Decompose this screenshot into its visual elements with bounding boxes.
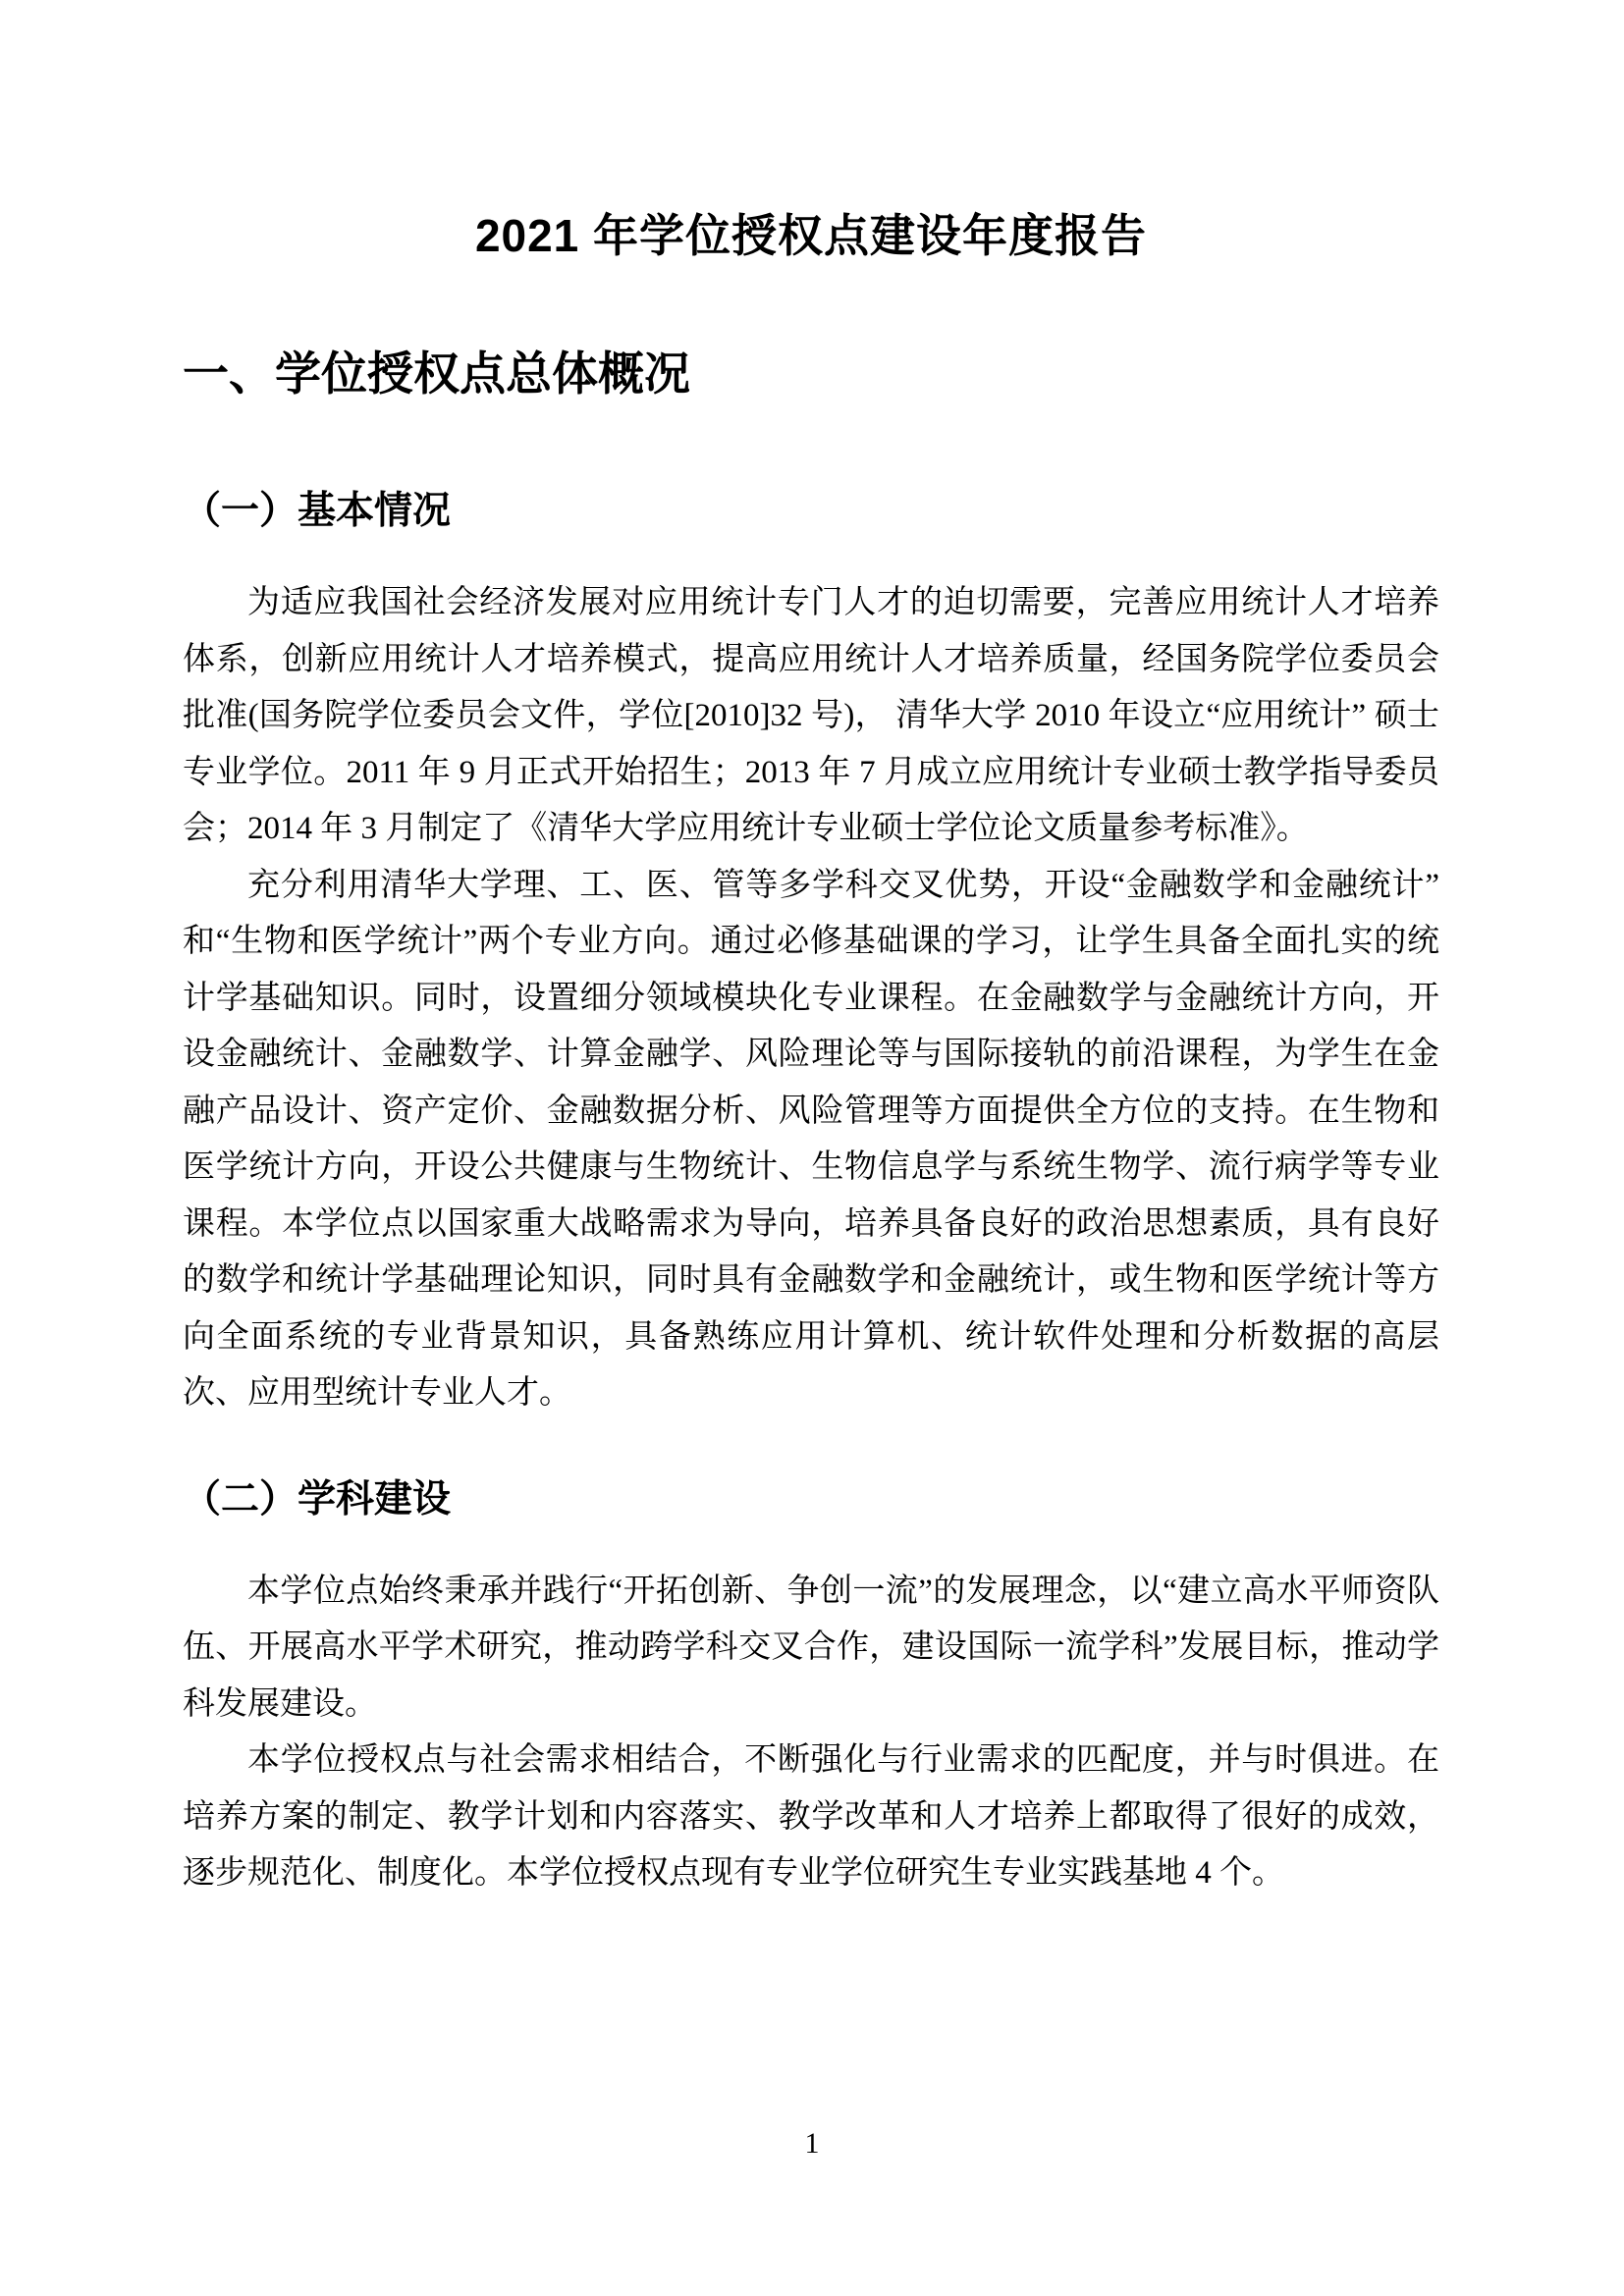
section-heading-overview: 一、学位授权点总体概况	[183, 347, 1439, 400]
document-page: 2021 年学位授权点建设年度报告 一、学位授权点总体概况 （一）基本情况 为适…	[0, 0, 1624, 2296]
document-title: 2021 年学位授权点建设年度报告	[183, 208, 1439, 263]
page-number: 1	[0, 2127, 1624, 2161]
subsection-heading-basic-info: （一）基本情况	[183, 489, 1439, 534]
paragraph-basic-info-1: 为适应我国社会经济发展对应用统计专门人才的迫切需要，完善应用统计人才培养体系，创…	[183, 575, 1439, 858]
paragraph-discipline-1: 本学位点始终秉承并践行“开拓创新、争创一流”的发展理念，以“建立高水平师资队伍、…	[183, 1564, 1439, 1734]
paragraph-discipline-2: 本学位授权点与社会需求相结合，不断强化与行业需求的匹配度，并与时俱进。在培养方案…	[183, 1733, 1439, 1902]
subsection-heading-discipline-construction: （二）学科建设	[183, 1477, 1439, 1522]
paragraph-basic-info-2: 充分利用清华大学理、工、医、管等多学科交叉优势，开设“金融数学和金融统计”和“生…	[183, 858, 1439, 1422]
